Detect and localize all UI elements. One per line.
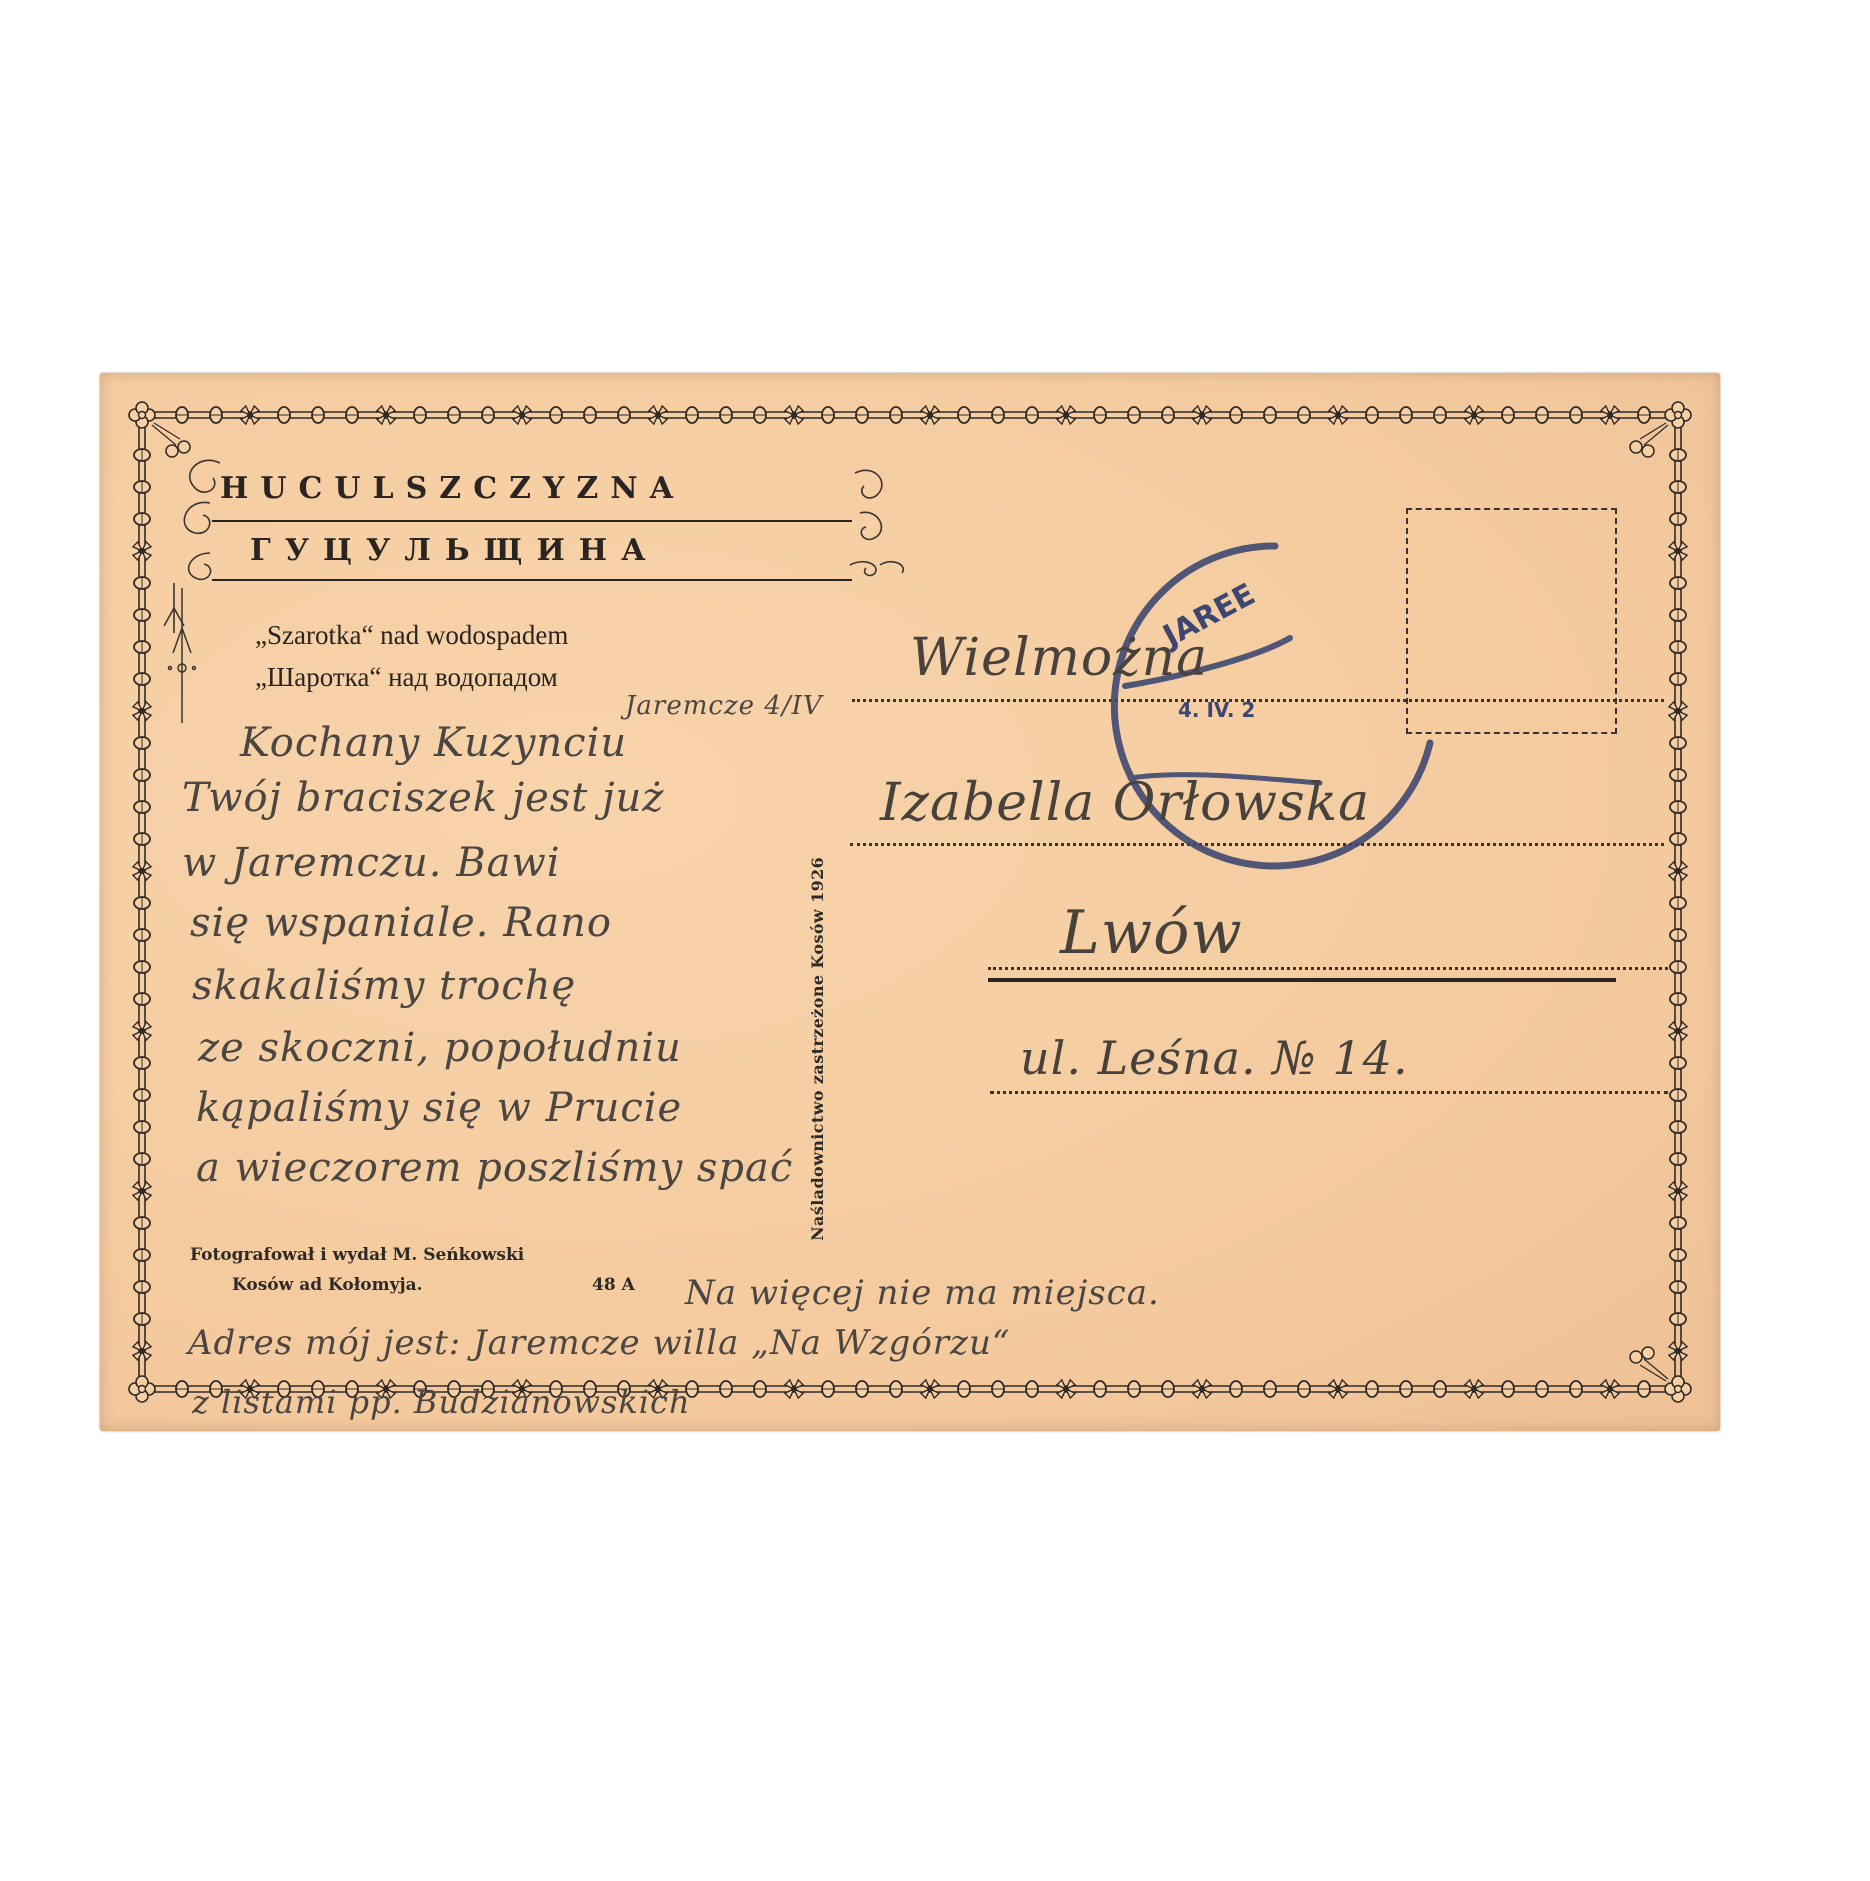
series-title-ukrainian: ГУЦУЛЬЩИНА [250,533,660,568]
message-line: skakaliśmy trochę [192,963,576,1009]
message-line: się wspaniale. Rano [190,900,612,946]
ornament-stem-icon [162,588,202,728]
caption-polish: „Szarotka“ nad wodospadem [255,620,568,651]
address-line-3-underline [988,978,1616,982]
copyright-notice: Naśladownictwo zastrzeżone Kosów 1926 [808,857,827,1241]
address-salutation: Wielmożna [910,628,1208,688]
publisher-place: Kosów ad Kołomyja. [232,1275,423,1295]
message-place-date: Jaremcze 4/IV [625,691,823,721]
message-line: w Jaremczu. Bawi [182,840,561,886]
message-line: kąpaliśmy się w Prucie [196,1085,682,1131]
flourish-right-icon [845,453,935,593]
message-line: Kochany Kuzynciu [240,720,627,766]
message-line: ze skoczni, popołudniu [198,1025,682,1071]
title-rule-top [212,520,852,522]
message-line: a wieczorem poszliśmy spać [196,1145,793,1191]
message-line: z listami pp. Budzianowskich [192,1383,691,1421]
postmark-date: 4. IV. 2 [1178,698,1255,722]
address-line-4 [990,1091,1668,1094]
message-line: Na więcej nie ma miejsca. [685,1273,1160,1313]
address-city: Lwów [1060,898,1243,968]
publisher-line: Fotografował i wydał M. Seńkowski [190,1245,524,1265]
address-recipient: Izabella Orłowska [880,773,1370,833]
title-rule-bottom [212,579,852,581]
address-street: ul. Leśna. № 14. [1020,1031,1409,1085]
message-line: Adres mój jest: Jaremcze willa „Na Wzgór… [188,1323,1010,1363]
postcard: HUCULSZCZYZNA ГУЦУЛЬЩИНА „Szarotka“ nad … [100,373,1720,1431]
caption-ukrainian: „Шаротка“ над водопадом [255,662,558,693]
card-number: 48 A [592,1275,635,1295]
message-line: Twój braciszek jest już [182,775,664,821]
